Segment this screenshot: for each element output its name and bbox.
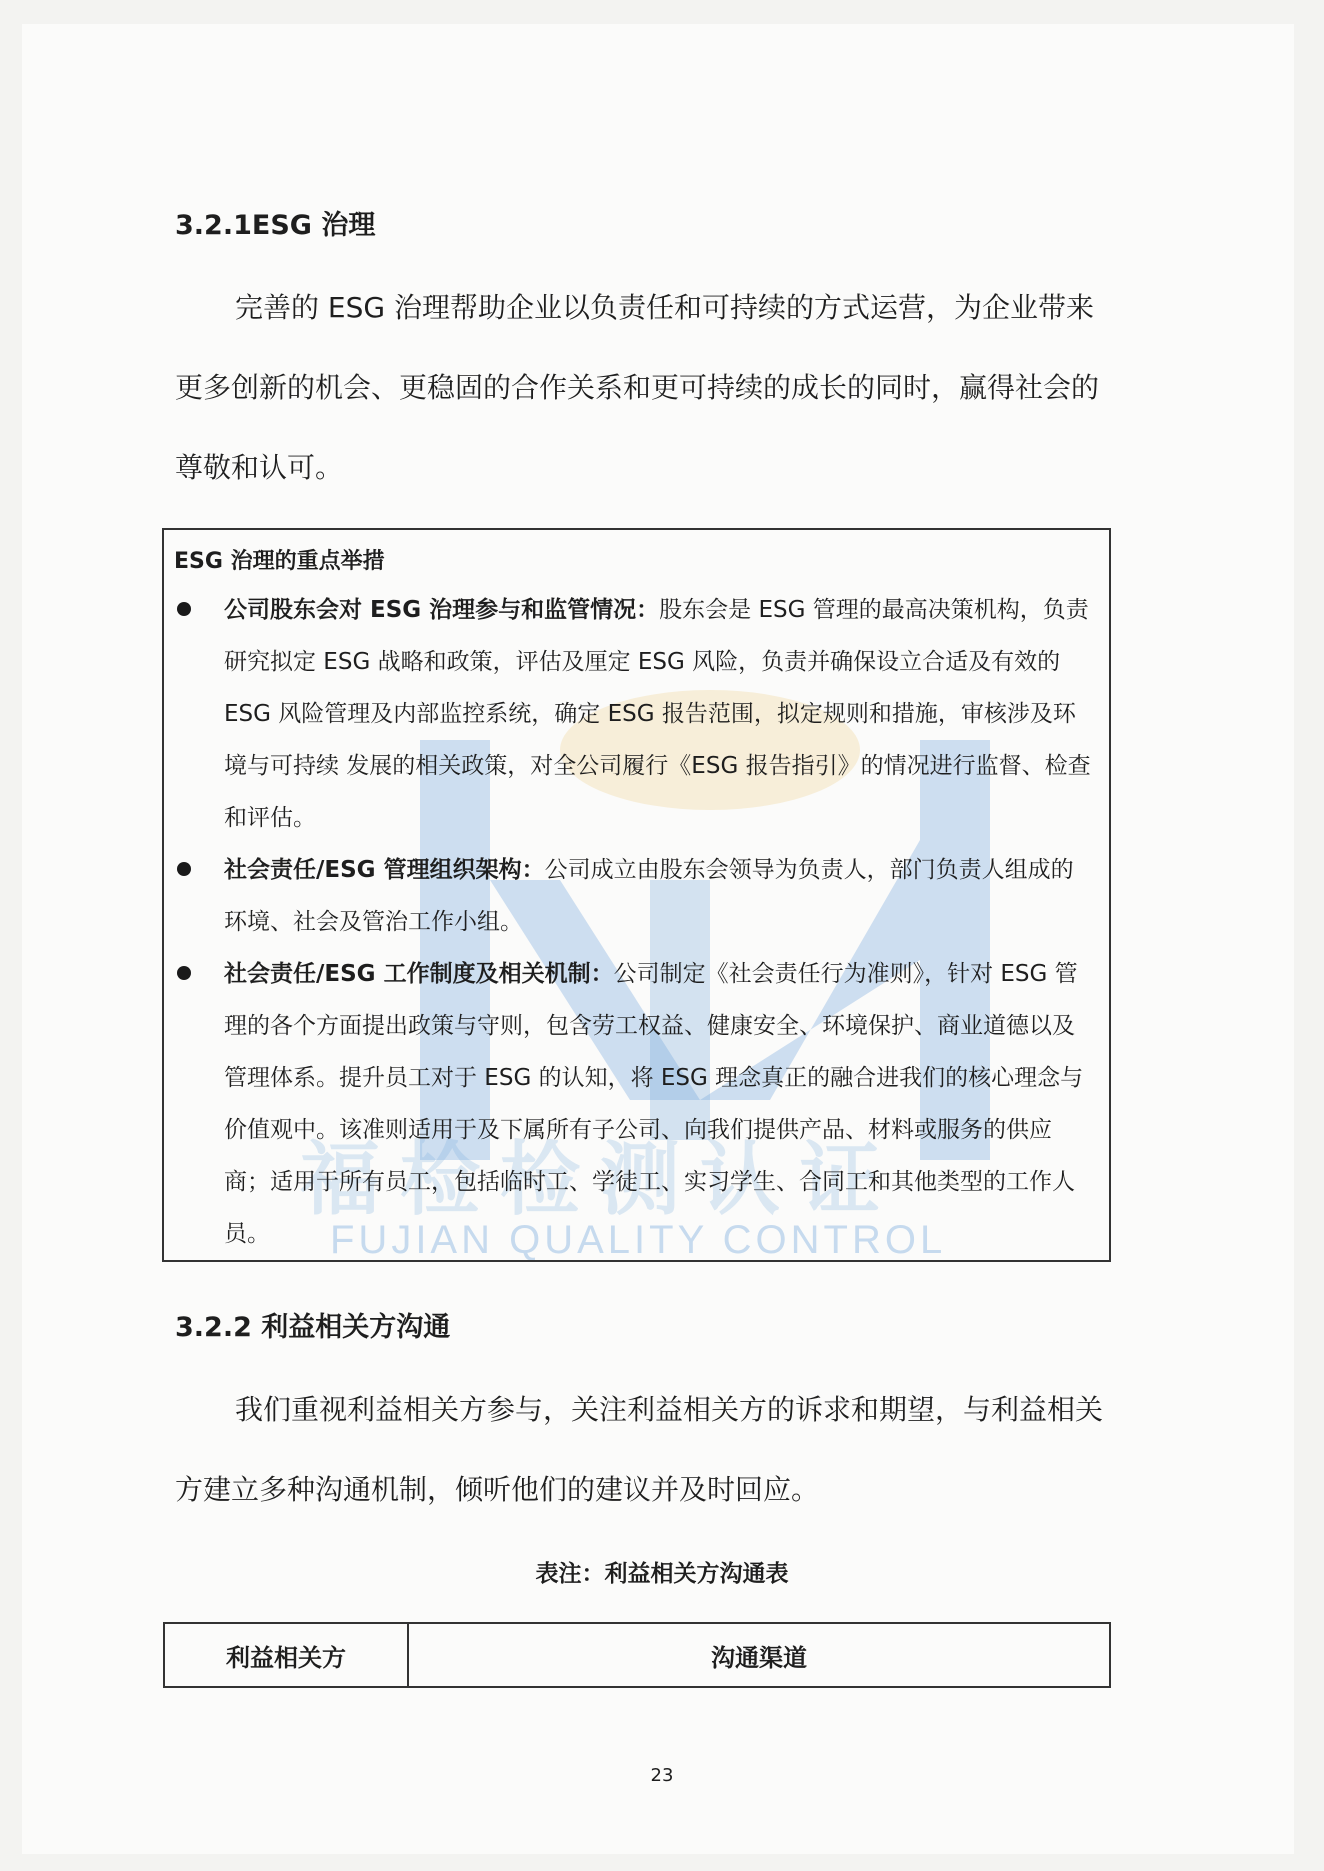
- esg-key-measures-box: ESG 治理的重点举措 公司股东会对 ESG 治理参与和监管情况：股东会是 ES…: [162, 528, 1111, 1262]
- bullet-icon: [177, 966, 191, 980]
- list-item: 社会责任/ESG 工作制度及相关机制：公司制定《社会责任行为准则》，针对 ESG…: [174, 948, 1094, 1260]
- header-channel: 沟通渠道: [408, 1623, 1110, 1687]
- measures-list: 公司股东会对 ESG 治理参与和监管情况：股东会是 ESG 管理的最高决策机构，…: [174, 584, 1094, 1260]
- table-caption: 表注：利益相关方沟通表: [0, 1555, 1324, 1588]
- item-label: 社会责任/ESG 工作制度及相关机制：: [224, 961, 614, 987]
- stakeholder-communication-table: 利益相关方 沟通渠道: [163, 1622, 1111, 1688]
- section-heading-stakeholder-communication: 3.2.2 利益相关方沟通: [175, 1305, 450, 1344]
- item-label: 社会责任/ESG 管理组织架构：: [224, 857, 545, 883]
- item-text: 股东会是 ESG 管理的最高决策机构，负责研究拟定 ESG 战略和政策，评估及厘…: [224, 597, 1091, 831]
- list-item: 社会责任/ESG 管理组织架构：公司成立由股东会领导为负责人，部门负责人组成的环…: [174, 844, 1094, 948]
- list-item: 公司股东会对 ESG 治理参与和监管情况：股东会是 ESG 管理的最高决策机构，…: [174, 584, 1094, 844]
- header-stakeholder: 利益相关方: [164, 1623, 408, 1687]
- section-heading-esg-governance: 3.2.1ESG 治理: [175, 203, 375, 242]
- item-label: 公司股东会对 ESG 治理参与和监管情况：: [224, 597, 659, 623]
- table-header-row: 利益相关方 沟通渠道: [164, 1623, 1110, 1687]
- item-text: 公司制定《社会责任行为准则》，针对 ESG 管理的各个方面提出政策与守则，包含劳…: [224, 961, 1083, 1247]
- bullet-icon: [177, 602, 191, 616]
- box-title: ESG 治理的重点举措: [174, 544, 385, 575]
- esg-governance-paragraph: 完善的 ESG 治理帮助企业以负责任和可持续的方式运营，为企业带来更多创新的机会…: [175, 268, 1115, 508]
- bullet-icon: [177, 862, 191, 876]
- stakeholder-paragraph: 我们重视利益相关方参与，关注利益相关方的诉求和期望，与利益相关方建立多种沟通机制…: [175, 1370, 1115, 1530]
- page-number: 23: [0, 1765, 1324, 1786]
